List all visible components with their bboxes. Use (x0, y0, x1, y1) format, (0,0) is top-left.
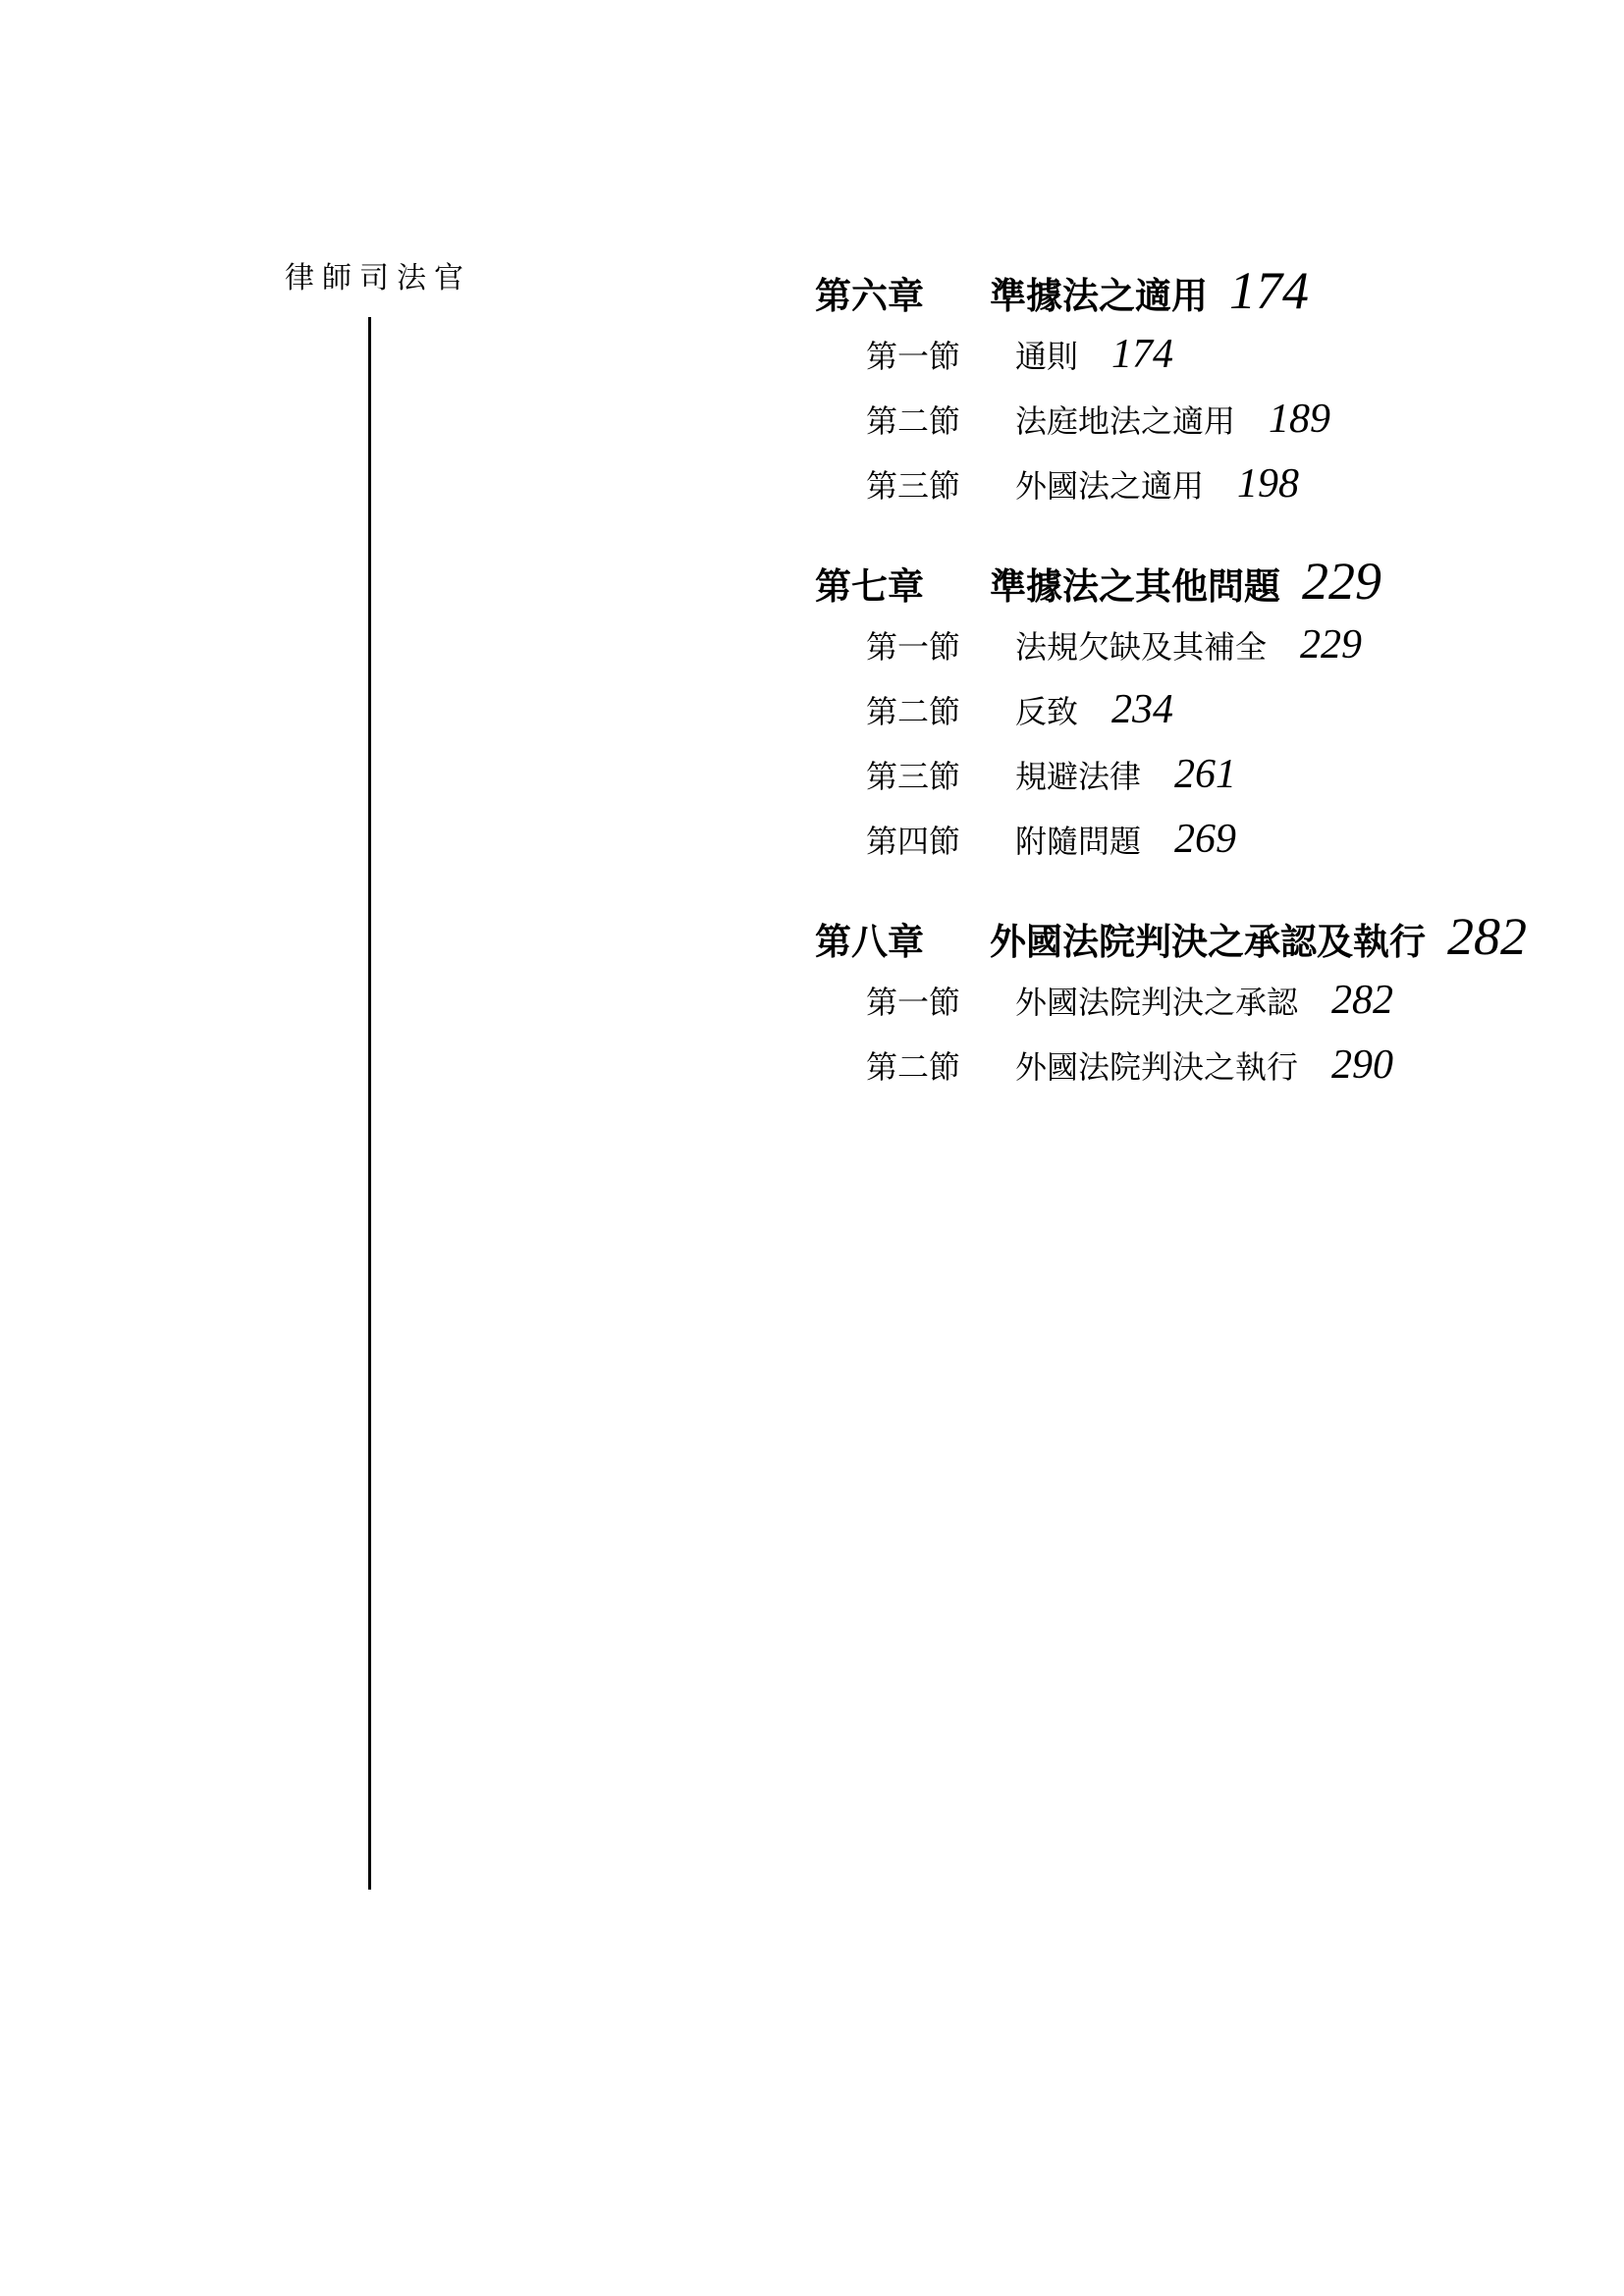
chapter-title: 準據法之其他問題 (990, 557, 1280, 610)
section-title: 法規欠缺及其補全 (1015, 622, 1267, 667)
chapter-heading: 第六章 準據法之適用 174 (815, 260, 1600, 331)
chapter-heading: 第八章 外國法院判決之承認及執行 282 (815, 906, 1600, 977)
section-entry: 第二節 反致 234 (815, 686, 1600, 751)
chapter-title: 準據法之適用 (990, 266, 1208, 319)
section-title: 外國法院判決之執行 (1015, 1042, 1298, 1088)
chapter-page: 282 (1447, 906, 1527, 967)
section-title: 外國法院判決之承認 (1015, 978, 1298, 1023)
chapter-block: 第八章 外國法院判決之承認及執行 282 第一節 外國法院判決之承認 282 第… (815, 906, 1600, 1106)
section-number: 第一節 (866, 622, 1015, 667)
chapter-page: 229 (1302, 551, 1381, 612)
chapter-number: 第七章 (815, 557, 990, 610)
chapter-block: 第七章 準據法之其他問題 229 第一節 法規欠缺及其補全 229 第二節 反致… (815, 551, 1600, 881)
section-title: 法庭地法之適用 (1015, 397, 1235, 442)
section-entry: 第四節 附隨問題 269 (815, 816, 1600, 881)
section-entry: 第二節 外國法院判決之執行 290 (815, 1041, 1600, 1106)
section-number: 第二節 (866, 397, 1015, 442)
running-head: 律師司法官 (285, 253, 471, 296)
chapter-title: 外國法院判決之承認及執行 (990, 912, 1426, 965)
section-title: 附隨問題 (1015, 817, 1141, 862)
chapter-heading: 第七章 準據法之其他問題 229 (815, 551, 1600, 621)
section-number: 第三節 (866, 752, 1015, 797)
section-page: 269 (1174, 816, 1236, 863)
section-page: 229 (1300, 621, 1362, 668)
section-page: 261 (1174, 751, 1236, 798)
section-page: 189 (1269, 396, 1330, 443)
section-title: 通則 (1015, 332, 1078, 377)
section-title: 外國法之適用 (1015, 461, 1204, 507)
section-number: 第三節 (866, 461, 1015, 507)
section-page: 290 (1331, 1041, 1393, 1089)
section-entry: 第一節 通則 174 (815, 331, 1600, 396)
section-number: 第二節 (866, 687, 1015, 732)
section-number: 第四節 (866, 817, 1015, 862)
section-entry: 第三節 外國法之適用 198 (815, 460, 1600, 525)
chapter-number: 第八章 (815, 912, 990, 965)
section-page: 174 (1111, 331, 1173, 378)
section-title: 規避法律 (1015, 752, 1141, 797)
chapter-block: 第六章 準據法之適用 174 第一節 通則 174 第二節 法庭地法之適用 18… (815, 260, 1600, 525)
section-page: 234 (1111, 686, 1173, 733)
table-of-contents: 第六章 準據法之適用 174 第一節 通則 174 第二節 法庭地法之適用 18… (815, 260, 1600, 1132)
section-number: 第二節 (866, 1042, 1015, 1088)
chapter-number: 第六章 (815, 266, 990, 319)
section-entry: 第二節 法庭地法之適用 189 (815, 396, 1600, 460)
section-title: 反致 (1015, 687, 1078, 732)
chapter-page: 174 (1229, 260, 1309, 321)
section-entry: 第一節 外國法院判決之承認 282 (815, 977, 1600, 1041)
section-number: 第一節 (866, 978, 1015, 1023)
section-number: 第一節 (866, 332, 1015, 377)
section-entry: 第三節 規避法律 261 (815, 751, 1600, 816)
section-entry: 第一節 法規欠缺及其補全 229 (815, 621, 1600, 686)
section-page: 198 (1237, 460, 1299, 507)
vertical-rule (368, 317, 371, 1890)
section-page: 282 (1331, 977, 1393, 1024)
